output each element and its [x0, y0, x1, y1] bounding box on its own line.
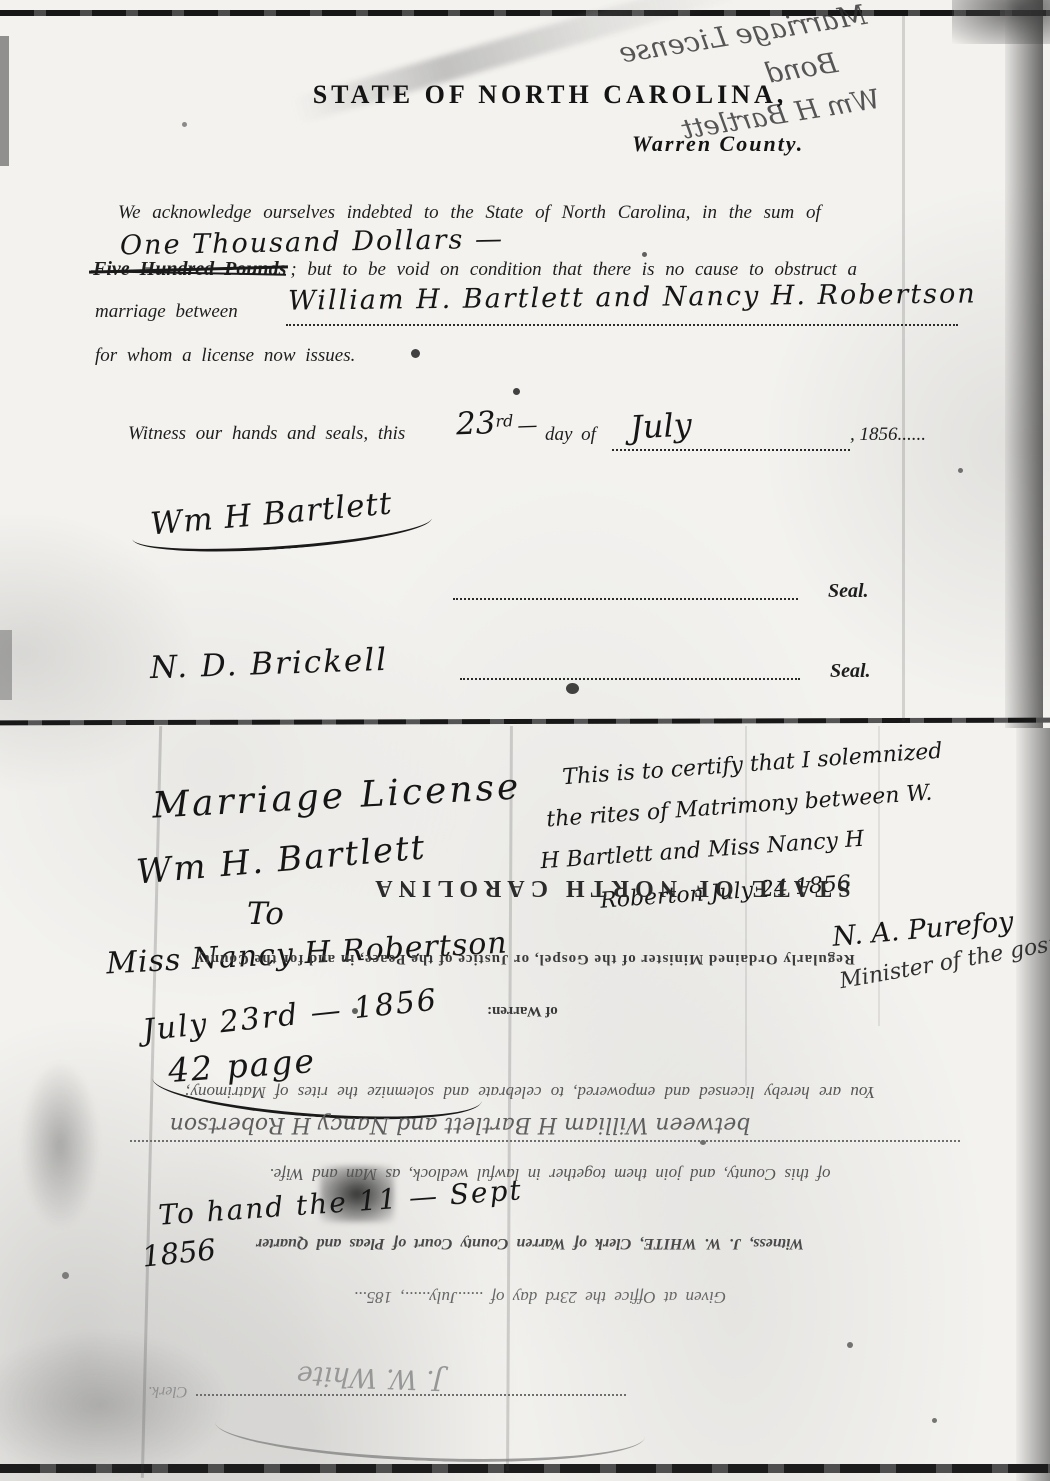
docket-title: Marriage License	[151, 766, 522, 826]
ink-speck	[932, 1418, 937, 1423]
docket-to: To	[247, 896, 284, 932]
fold-line-lower-right	[745, 726, 747, 1086]
witness-day-dash: —	[517, 413, 538, 438]
certification-line2: the rites of Matrimony between W.	[546, 781, 933, 833]
reverse-minister-line: Regularly Ordained Minister of the Gospe…	[0, 950, 1050, 967]
ink-speck	[182, 122, 187, 127]
center-seam-line	[0, 718, 1050, 726]
state-heading: STATE OF NORTH CAROLINA,	[290, 80, 810, 110]
clerk-dotted-line	[196, 1394, 626, 1396]
bond-signature-2: N. D. Brickell	[149, 642, 388, 686]
ink-speck	[642, 252, 647, 257]
clerk-flourish	[214, 1391, 646, 1469]
reverse-state-heading: STATE OF NORTH CAROLINA	[235, 874, 985, 901]
bond-sum-handwritten: One Thousand Dollars —	[120, 224, 504, 262]
ink-speck	[847, 1342, 853, 1348]
bond-body-line1: We acknowledge ourselves indebted to the…	[118, 202, 821, 224]
ink-speck	[62, 1272, 69, 1279]
witness-dotted-line	[612, 449, 850, 451]
received-note-line2: 1856	[140, 1232, 217, 1274]
witness-day: 23rd —	[455, 404, 538, 443]
top-edge-line	[0, 10, 1050, 16]
docket-date: July 23rd — 1856	[141, 983, 440, 1049]
reverse-of-warren: of Warren:	[487, 1002, 558, 1019]
marriage-between-label: marriage between	[95, 301, 238, 323]
witness-day-number: 23	[455, 405, 496, 442]
ink-speck	[411, 349, 420, 358]
reverse-license-line: You are hereby licensed and empowered, t…	[30, 1082, 1030, 1102]
fold-line-upper-right	[902, 16, 905, 721]
license-issues-line: for whom a license now issues.	[95, 345, 355, 367]
seal-dotted-line-2	[460, 678, 800, 680]
ink-speck	[513, 388, 520, 395]
reverse-between-dotted	[130, 1140, 960, 1142]
reverse-between-line: between William H Bartlett and Nancy H R…	[60, 1112, 860, 1137]
ink-speck	[958, 468, 963, 473]
names-dotted-line	[286, 324, 958, 326]
seal-label-1: Seal.	[828, 580, 869, 603]
certification-line3: H Bartlett and Miss Nancy H	[540, 827, 865, 875]
reverse-clerk-signature: J. W. White	[235, 1357, 506, 1397]
bond-body-line2: ; but to be void on condition that there…	[290, 259, 857, 280]
witness-month: July	[629, 405, 693, 446]
corner-stain-bottom-left	[0, 1330, 230, 1480]
scanned-document-page: Marriage License Bond Wm H Bartlett STAT…	[0, 0, 1050, 1481]
names-handwritten: William H. Bartlett and Nancy H. Roberts…	[288, 278, 977, 316]
seal-dotted-line-1	[453, 598, 798, 600]
right-edge-band-upper	[1005, 0, 1043, 728]
witness-year: , 1856......	[850, 424, 926, 446]
reverse-office-line: Given at Office the 23rd day of ......Ju…	[110, 1287, 970, 1307]
left-edge-mark-upper	[0, 36, 9, 166]
ink-speck	[566, 683, 579, 694]
reverse-county-line: of this County, and join them together i…	[100, 1164, 1000, 1184]
reverse-clerk-label: Clerk.	[148, 1382, 188, 1400]
left-edge-mark-mid	[0, 630, 12, 700]
certification-line1: This is to certify that I solemnized	[562, 739, 944, 791]
right-edge-band-lower	[1016, 728, 1050, 1481]
witness-day-suffix: rd	[495, 411, 514, 431]
seal-label-2: Seal.	[830, 660, 871, 683]
struck-amount: Five Hundred Pounds	[93, 258, 286, 280]
county-line: Warren County.	[632, 131, 804, 157]
witness-day-of: day of	[545, 424, 596, 446]
witness-prefix: Witness our hands and seals, this	[128, 423, 405, 445]
bond-body-line2-row: Five Hundred Pounds ; but to be void on …	[93, 258, 857, 281]
